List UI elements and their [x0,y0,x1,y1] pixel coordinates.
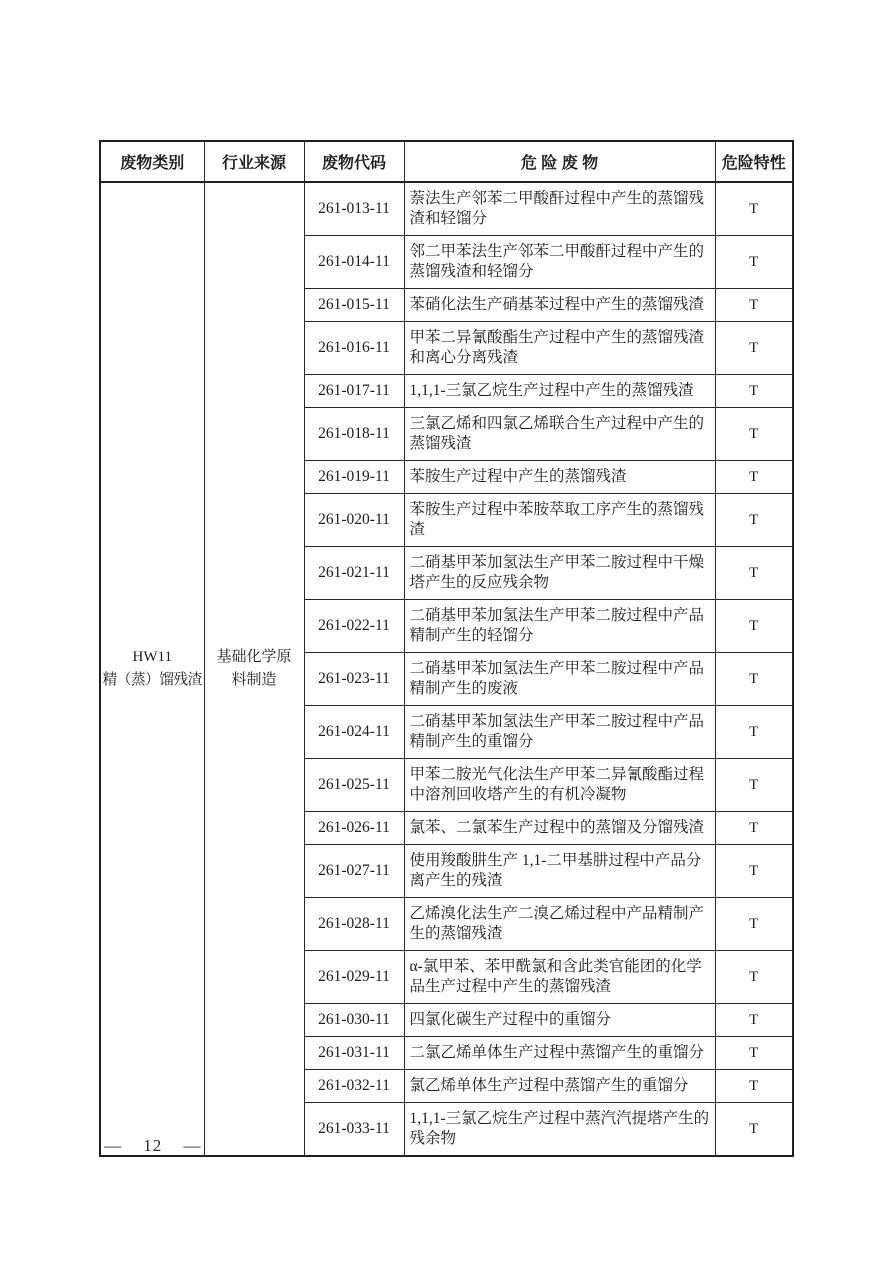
waste-code-cell: 261-026-11 [304,812,404,845]
hazard-property-cell: T [715,547,793,600]
waste-description-cell: 甲苯二异氰酸酯生产过程中产生的蒸馏残渣和离心分离残渣 [404,322,715,375]
waste-description-cell: α-氯甲苯、苯甲酰氯和含此类官能团的化学品生产过程中产生的蒸馏残渣 [404,951,715,1004]
hazard-property-cell: T [715,653,793,706]
table-header-row: 废物类别 行业来源 废物代码 危 险 废 物 危险特性 [100,141,793,182]
hazard-property-cell: T [715,845,793,898]
waste-code-cell: 261-024-11 [304,706,404,759]
waste-description-cell: 三氯乙烯和四氯乙烯联合生产过程中产生的蒸馏残渣 [404,408,715,461]
hazard-property-cell: T [715,1103,793,1157]
page-number: — 12 — [104,1136,202,1156]
waste-description-cell: 苯硝化法生产硝基苯过程中产生的蒸馏残渣 [404,289,715,322]
waste-code-cell: 261-014-11 [304,236,404,289]
hazard-property-cell: T [715,1037,793,1070]
header-waste-code: 废物代码 [304,141,404,182]
hazard-property-cell: T [715,461,793,494]
waste-description-cell: 1,1,1-三氯乙烷生产过程中产生的蒸馏残渣 [404,375,715,408]
waste-description-cell: 萘法生产邻苯二甲酸酐过程中产生的蒸馏残渣和轻馏分 [404,182,715,236]
waste-description-cell: 苯胺生产过程中苯胺萃取工序产生的蒸馏残渣 [404,494,715,547]
waste-code-cell: 261-018-11 [304,408,404,461]
waste-code-cell: 261-017-11 [304,375,404,408]
waste-description-cell: 苯胺生产过程中产生的蒸馏残渣 [404,461,715,494]
waste-description-cell: 二硝基甲苯加氢法生产甲苯二胺过程中产品精制产生的重馏分 [404,706,715,759]
hazard-property-cell: T [715,1070,793,1103]
waste-description-cell: 二硝基甲苯加氢法生产甲苯二胺过程中产品精制产生的轻馏分 [404,600,715,653]
waste-code-cell: 261-013-11 [304,182,404,236]
header-industry-source: 行业来源 [204,141,304,182]
hazard-property-cell: T [715,706,793,759]
waste-code-cell: 261-025-11 [304,759,404,812]
waste-description-cell: 邻二甲苯法生产邻苯二甲酸酐过程中产生的蒸馏残渣和轻馏分 [404,236,715,289]
hazard-property-cell: T [715,951,793,1004]
waste-description-cell: 使用羧酸肼生产 1,1-二甲基肼过程中产品分离产生的残渣 [404,845,715,898]
hazard-property-cell: T [715,494,793,547]
waste-code-cell: 261-020-11 [304,494,404,547]
waste-description-cell: 二硝基甲苯加氢法生产甲苯二胺过程中干燥塔产生的反应残余物 [404,547,715,600]
waste-code-cell: 261-015-11 [304,289,404,322]
waste-description-cell: 氯苯、二氯苯生产过程中的蒸馏及分馏残渣 [404,812,715,845]
waste-code-cell: 261-033-11 [304,1103,404,1157]
industry-source-cell: 基础化学原料制造 [204,182,304,1156]
hazard-property-cell: T [715,898,793,951]
waste-description-cell: 1,1,1-三氯乙烷生产过程中蒸汽汽提塔产生的残余物 [404,1103,715,1157]
waste-description-cell: 氯乙烯单体生产过程中蒸馏产生的重馏分 [404,1070,715,1103]
hazard-property-cell: T [715,182,793,236]
table-row: HW11精（蒸）馏残渣基础化学原料制造261-013-11萘法生产邻苯二甲酸酐过… [100,182,793,236]
waste-code-cell: 261-030-11 [304,1004,404,1037]
waste-description-cell: 二硝基甲苯加氢法生产甲苯二胺过程中产品精制产生的废液 [404,653,715,706]
hazard-property-cell: T [715,236,793,289]
waste-code-cell: 261-031-11 [304,1037,404,1070]
hazard-property-cell: T [715,1004,793,1037]
waste-code-cell: 261-022-11 [304,600,404,653]
waste-code-cell: 261-029-11 [304,951,404,1004]
header-hazard-property: 危险特性 [715,141,793,182]
waste-description-cell: 四氯化碳生产过程中的重馏分 [404,1004,715,1037]
waste-code-cell: 261-016-11 [304,322,404,375]
waste-description-cell: 甲苯二胺光气化法生产甲苯二异氰酸酯过程中溶剂回收塔产生的有机冷凝物 [404,759,715,812]
category-name: 精（蒸）馏残渣 [102,669,203,692]
hazard-property-cell: T [715,600,793,653]
header-waste-category: 废物类别 [100,141,204,182]
waste-code-cell: 261-019-11 [304,461,404,494]
waste-code-cell: 261-032-11 [304,1070,404,1103]
hazard-property-cell: T [715,375,793,408]
hazard-property-cell: T [715,759,793,812]
waste-description-cell: 二氯乙烯单体生产过程中蒸馏产生的重馏分 [404,1037,715,1070]
waste-code-cell: 261-021-11 [304,547,404,600]
hazard-property-cell: T [715,812,793,845]
hazard-property-cell: T [715,289,793,322]
hazard-property-cell: T [715,322,793,375]
waste-code-cell: 261-028-11 [304,898,404,951]
hazard-property-cell: T [715,408,793,461]
waste-code-cell: 261-027-11 [304,845,404,898]
header-hazardous-waste: 危 险 废 物 [404,141,715,182]
category-code: HW11 [133,649,172,665]
waste-description-cell: 乙烯溴化法生产二溴乙烯过程中产品精制产生的蒸馏残渣 [404,898,715,951]
hazardous-waste-table: 废物类别 行业来源 废物代码 危 险 废 物 危险特性 HW11精（蒸）馏残渣基… [99,140,794,1157]
waste-code-cell: 261-023-11 [304,653,404,706]
category-cell: HW11精（蒸）馏残渣 [100,182,204,1156]
